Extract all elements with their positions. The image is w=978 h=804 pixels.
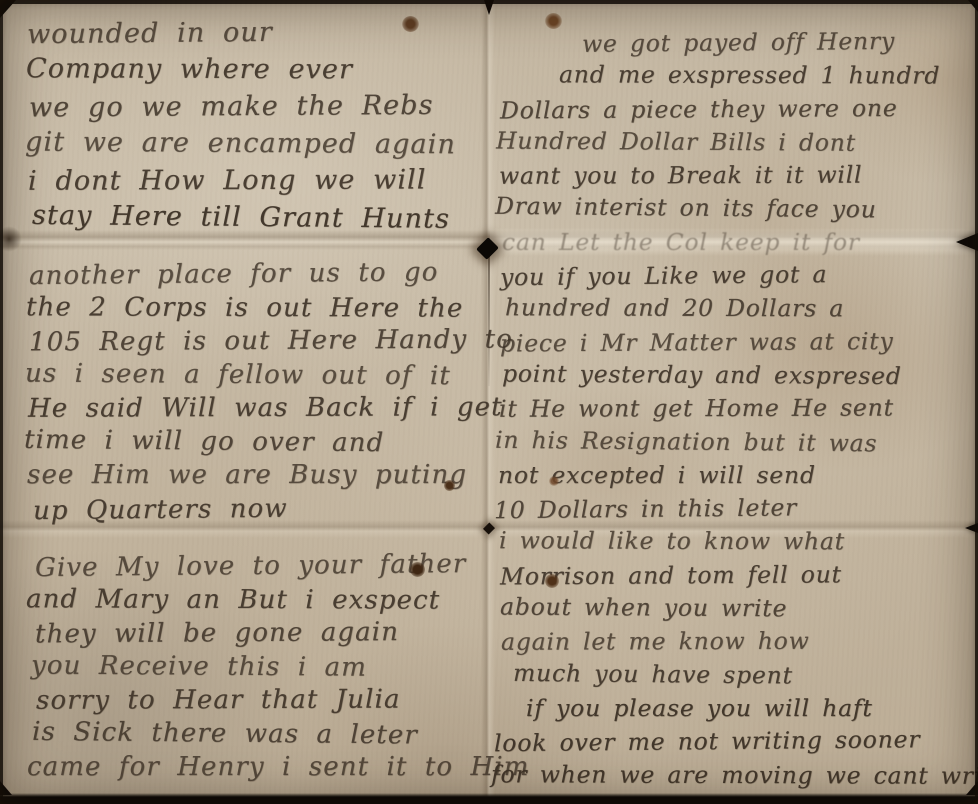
- handwritten-line: up Quarters now: [33, 490, 486, 528]
- handwritten-line: us i seen a fellow out of it: [25, 357, 486, 393]
- ink-stain: [402, 16, 419, 32]
- ink-stain: [549, 476, 559, 486]
- handwritten-line: about when you write: [500, 591, 973, 627]
- handwritten-line: see Him we are Busy puting: [27, 459, 486, 493]
- handwritten-line: git we are encamped again: [25, 124, 486, 164]
- handwritten-line: want you to Break it it will: [499, 158, 973, 193]
- fold-crack: [488, 256, 490, 386]
- handwritten-line: Draw interist on its face you: [495, 190, 973, 228]
- handwritten-line: Company where ever: [26, 50, 486, 88]
- handwritten-line: we got payed off Henry: [582, 24, 973, 61]
- handwritten-line: piece i Mr Matter was at city: [500, 324, 973, 360]
- handwritten-line: Morrison and tom fell out: [500, 557, 973, 593]
- handwritten-line: 105 Regt is out Here Handy to: [29, 324, 486, 360]
- scan-corner: [0, 0, 16, 18]
- handwritten-line: i would like to know what: [499, 525, 973, 560]
- left-page-paragraph-3: Give My love to your fatherand Mary an B…: [26, 550, 486, 785]
- letter-scan: wounded in ourCompany where everwe go we…: [0, 0, 978, 804]
- handwritten-line: the 2 Corps is out Here the: [26, 291, 486, 326]
- handwritten-line: Hundred Dollar Bills i dont: [496, 124, 973, 160]
- scan-edge: [0, 0, 3, 804]
- handwritten-line: if you please you will haft: [526, 692, 973, 725]
- handwritten-line: He said Will was Back if i get: [28, 391, 486, 426]
- handwritten-line: is Sick there was a leter: [32, 715, 486, 753]
- handwritten-line: 10 Dollars in this leter: [494, 490, 973, 528]
- handwritten-line: not excepted i will send: [498, 459, 973, 492]
- letter-right-page: we got payed off Henryand me exspressed …: [497, 26, 973, 792]
- handwritten-line: came for Henry i sent it to Him: [27, 751, 486, 785]
- scan-edge: [0, 0, 978, 4]
- handwritten-line: in his Resignation but it was: [495, 423, 973, 461]
- left-page-paragraph-2: another place for us to gothe 2 Corps is…: [26, 258, 486, 526]
- handwritten-line: we go we make the Rebs: [29, 87, 486, 127]
- scan-corner: [0, 781, 12, 795]
- ink-stain: [545, 574, 559, 588]
- ink-stain: [545, 13, 562, 29]
- handwritten-line: they will be gone again: [35, 616, 486, 652]
- handwritten-line: for when we are moving we cant write: [491, 758, 973, 793]
- handwritten-line: it He wont get Home He sent: [499, 392, 973, 427]
- scan-edge: [0, 793, 978, 804]
- handwritten-line: i dont How Long we will: [28, 161, 486, 199]
- handwritten-line: you if you Like we got a: [500, 257, 973, 295]
- handwritten-line: and Mary an But i exspect: [26, 583, 486, 618]
- handwritten-line: sorry to Hear that Julia: [36, 683, 486, 718]
- handwritten-line: wounded in our: [27, 12, 486, 53]
- handwritten-line: hundred and 20 Dollars a: [505, 292, 973, 327]
- handwritten-line: you Receive this i am: [31, 649, 486, 685]
- handwritten-line: Dollars a piece they were one: [500, 91, 973, 127]
- handwritten-line: again let me know how: [501, 625, 973, 660]
- handwritten-line: much you have spent: [513, 656, 973, 694]
- scan-corner: [968, 0, 978, 12]
- handwritten-line: look over me not writing sooner: [494, 723, 973, 761]
- ink-stain: [410, 562, 425, 577]
- handwritten-line: point yesterday and exspresed: [502, 357, 973, 393]
- scan-corner: [966, 781, 978, 795]
- ink-stain: [444, 480, 455, 491]
- handwritten-line: another place for us to go: [29, 256, 486, 294]
- handwritten-line: time i will go over and: [24, 423, 486, 461]
- handwritten-line: and me exspressed 1 hundrd: [559, 59, 973, 94]
- right-page-paragraph-1: we got payed off Henryand me exspressed …: [497, 26, 973, 792]
- handwritten-line: stay Here till Grant Hunts: [32, 197, 486, 238]
- handwritten-line: can Let the Col keep it for: [502, 226, 973, 259]
- left-page-paragraph-1: wounded in ourCompany where everwe go we…: [26, 14, 486, 236]
